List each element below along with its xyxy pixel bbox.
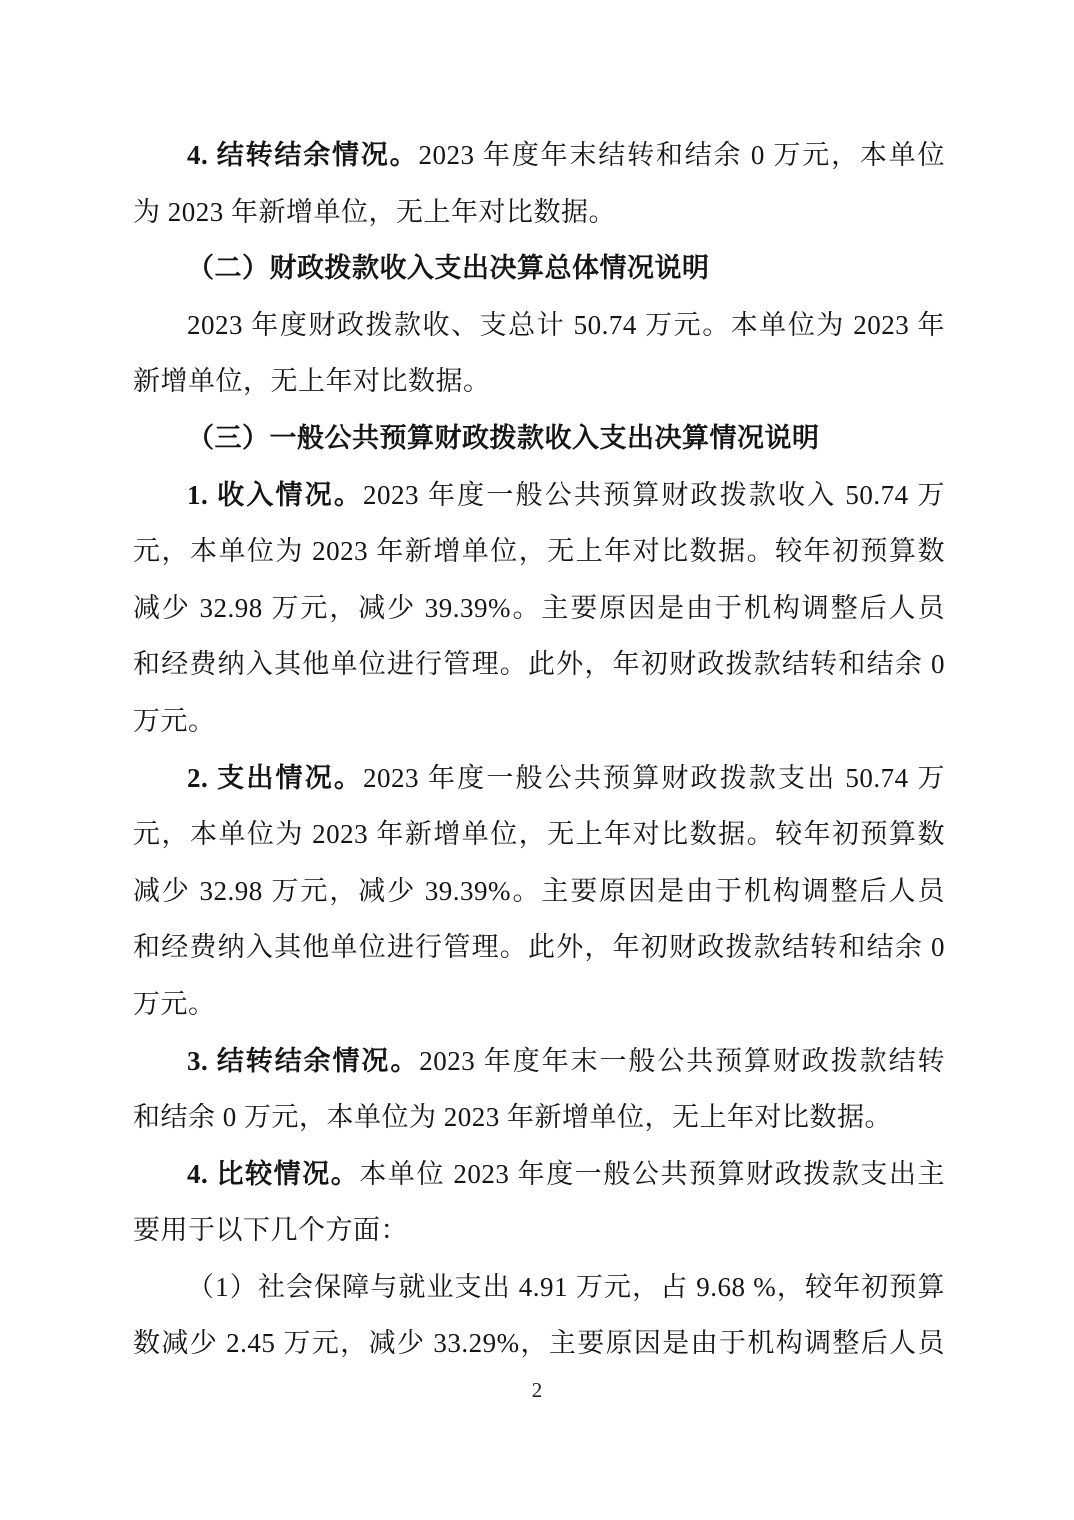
paragraph: （1）社会保障与就业支出 4.91 万元，占 9.68 %，较年初预算数减少 2… — [133, 1259, 945, 1372]
document-page: 4. 结转结余情况。2023 年度年末结转和结余 0 万元，本单位为 2023 … — [0, 0, 1074, 1520]
text-line: 减少 32.98 万元，减少 39.39%。主要原因是由于机构调整后人员 — [133, 580, 945, 637]
text-line: 和经费纳入其他单位进行管理。此外，年初财政拨款结转和结余 0 — [133, 919, 945, 976]
text-line: 元，本单位为 2023 年新增单位，无上年对比数据。较年初预算数 — [133, 523, 945, 580]
line-text: 和结余 0 万元，本单位为 2023 年新增单位，无上年对比数据。 — [133, 1102, 892, 1132]
bold-lead: 3. 结转结余情况。 — [187, 1046, 419, 1076]
bold-lead: 1. 收入情况。 — [187, 480, 363, 510]
document-body: 4. 结转结余情况。2023 年度年末结转和结余 0 万元，本单位为 2023 … — [133, 127, 945, 1372]
line-text: （1）社会保障与就业支出 4.91 万元，占 9.68 %，较年初预算 — [187, 1272, 945, 1302]
bold-lead: （三）一般公共预算财政拨款收入支出决算情况说明 — [187, 423, 820, 453]
text-line: 2. 支出情况。2023 年度一般公共预算财政拨款支出 50.74 万 — [133, 750, 945, 807]
bold-lead: 4. 比较情况。 — [187, 1159, 359, 1189]
text-line: 数减少 2.45 万元，减少 33.29%，主要原因是由于机构调整后人员 — [133, 1315, 945, 1372]
text-line: 要用于以下几个方面： — [133, 1202, 945, 1259]
paragraph: 3. 结转结余情况。2023 年度年末一般公共预算财政拨款结转和结余 0 万元，… — [133, 1033, 945, 1146]
text-line: 和结余 0 万元，本单位为 2023 年新增单位，无上年对比数据。 — [133, 1089, 945, 1146]
text-line: 元，本单位为 2023 年新增单位，无上年对比数据。较年初预算数 — [133, 806, 945, 863]
text-line: 2023 年度财政拨款收、支总计 50.74 万元。本单位为 2023 年 — [133, 297, 945, 354]
bold-lead: 4. 结转结余情况。 — [187, 140, 418, 170]
paragraph: 4. 结转结余情况。2023 年度年末结转和结余 0 万元，本单位为 2023 … — [133, 127, 945, 240]
paragraph: 2023 年度财政拨款收、支总计 50.74 万元。本单位为 2023 年新增单… — [133, 297, 945, 410]
line-text: 元，本单位为 2023 年新增单位，无上年对比数据。较年初预算数 — [133, 819, 945, 849]
text-line: 1. 收入情况。2023 年度一般公共预算财政拨款收入 50.74 万 — [133, 467, 945, 524]
line-text: 数减少 2.45 万元，减少 33.29%，主要原因是由于机构调整后人员 — [133, 1328, 945, 1358]
heading-line: （三）一般公共预算财政拨款收入支出决算情况说明 — [133, 410, 945, 467]
text-line: 新增单位，无上年对比数据。 — [133, 353, 945, 410]
line-text: 2023 年度财政拨款收、支总计 50.74 万元。本单位为 2023 年 — [187, 310, 945, 340]
text-line: 万元。 — [133, 976, 945, 1033]
line-text: 元，本单位为 2023 年新增单位，无上年对比数据。较年初预算数 — [133, 536, 945, 566]
page-number: 2 — [0, 1378, 1074, 1403]
text-line: （1）社会保障与就业支出 4.91 万元，占 9.68 %，较年初预算 — [133, 1259, 945, 1316]
heading-line: （二）财政拨款收入支出决算总体情况说明 — [133, 240, 945, 297]
line-text: 万元。 — [133, 706, 216, 736]
heading: （二）财政拨款收入支出决算总体情况说明 — [133, 240, 945, 297]
line-text: 2023 年度一般公共预算财政拨款支出 50.74 万 — [363, 763, 945, 793]
paragraph: 4. 比较情况。本单位 2023 年度一般公共预算财政拨款支出主要用于以下几个方… — [133, 1146, 945, 1259]
paragraph: 1. 收入情况。2023 年度一般公共预算财政拨款收入 50.74 万元，本单位… — [133, 467, 945, 750]
line-text: 为 2023 年新增单位，无上年对比数据。 — [133, 197, 616, 227]
line-text: 和经费纳入其他单位进行管理。此外，年初财政拨款结转和结余 0 — [133, 649, 945, 679]
text-line: 4. 比较情况。本单位 2023 年度一般公共预算财政拨款支出主 — [133, 1146, 945, 1203]
line-text: 2023 年度年末一般公共预算财政拨款结转 — [419, 1046, 945, 1076]
text-line: 减少 32.98 万元，减少 39.39%。主要原因是由于机构调整后人员 — [133, 863, 945, 920]
line-text: 要用于以下几个方面： — [133, 1215, 408, 1245]
paragraph: 2. 支出情况。2023 年度一般公共预算财政拨款支出 50.74 万元，本单位… — [133, 750, 945, 1033]
text-line: 万元。 — [133, 693, 945, 750]
text-line: 为 2023 年新增单位，无上年对比数据。 — [133, 184, 945, 241]
text-line: 4. 结转结余情况。2023 年度年末结转和结余 0 万元，本单位 — [133, 127, 945, 184]
line-text: 新增单位，无上年对比数据。 — [133, 366, 491, 396]
heading: （三）一般公共预算财政拨款收入支出决算情况说明 — [133, 410, 945, 467]
line-text: 减少 32.98 万元，减少 39.39%。主要原因是由于机构调整后人员 — [133, 876, 945, 906]
text-line: 和经费纳入其他单位进行管理。此外，年初财政拨款结转和结余 0 — [133, 636, 945, 693]
line-text: 本单位 2023 年度一般公共预算财政拨款支出主 — [359, 1159, 945, 1189]
line-text: 2023 年度一般公共预算财政拨款收入 50.74 万 — [363, 480, 945, 510]
text-line: 3. 结转结余情况。2023 年度年末一般公共预算财政拨款结转 — [133, 1033, 945, 1090]
line-text: 减少 32.98 万元，减少 39.39%。主要原因是由于机构调整后人员 — [133, 593, 945, 623]
line-text: 万元。 — [133, 989, 216, 1019]
bold-lead: 2. 支出情况。 — [187, 763, 363, 793]
bold-lead: （二）财政拨款收入支出决算总体情况说明 — [187, 253, 710, 283]
line-text: 和经费纳入其他单位进行管理。此外，年初财政拨款结转和结余 0 — [133, 932, 945, 962]
line-text: 2023 年度年末结转和结余 0 万元，本单位 — [418, 140, 945, 170]
